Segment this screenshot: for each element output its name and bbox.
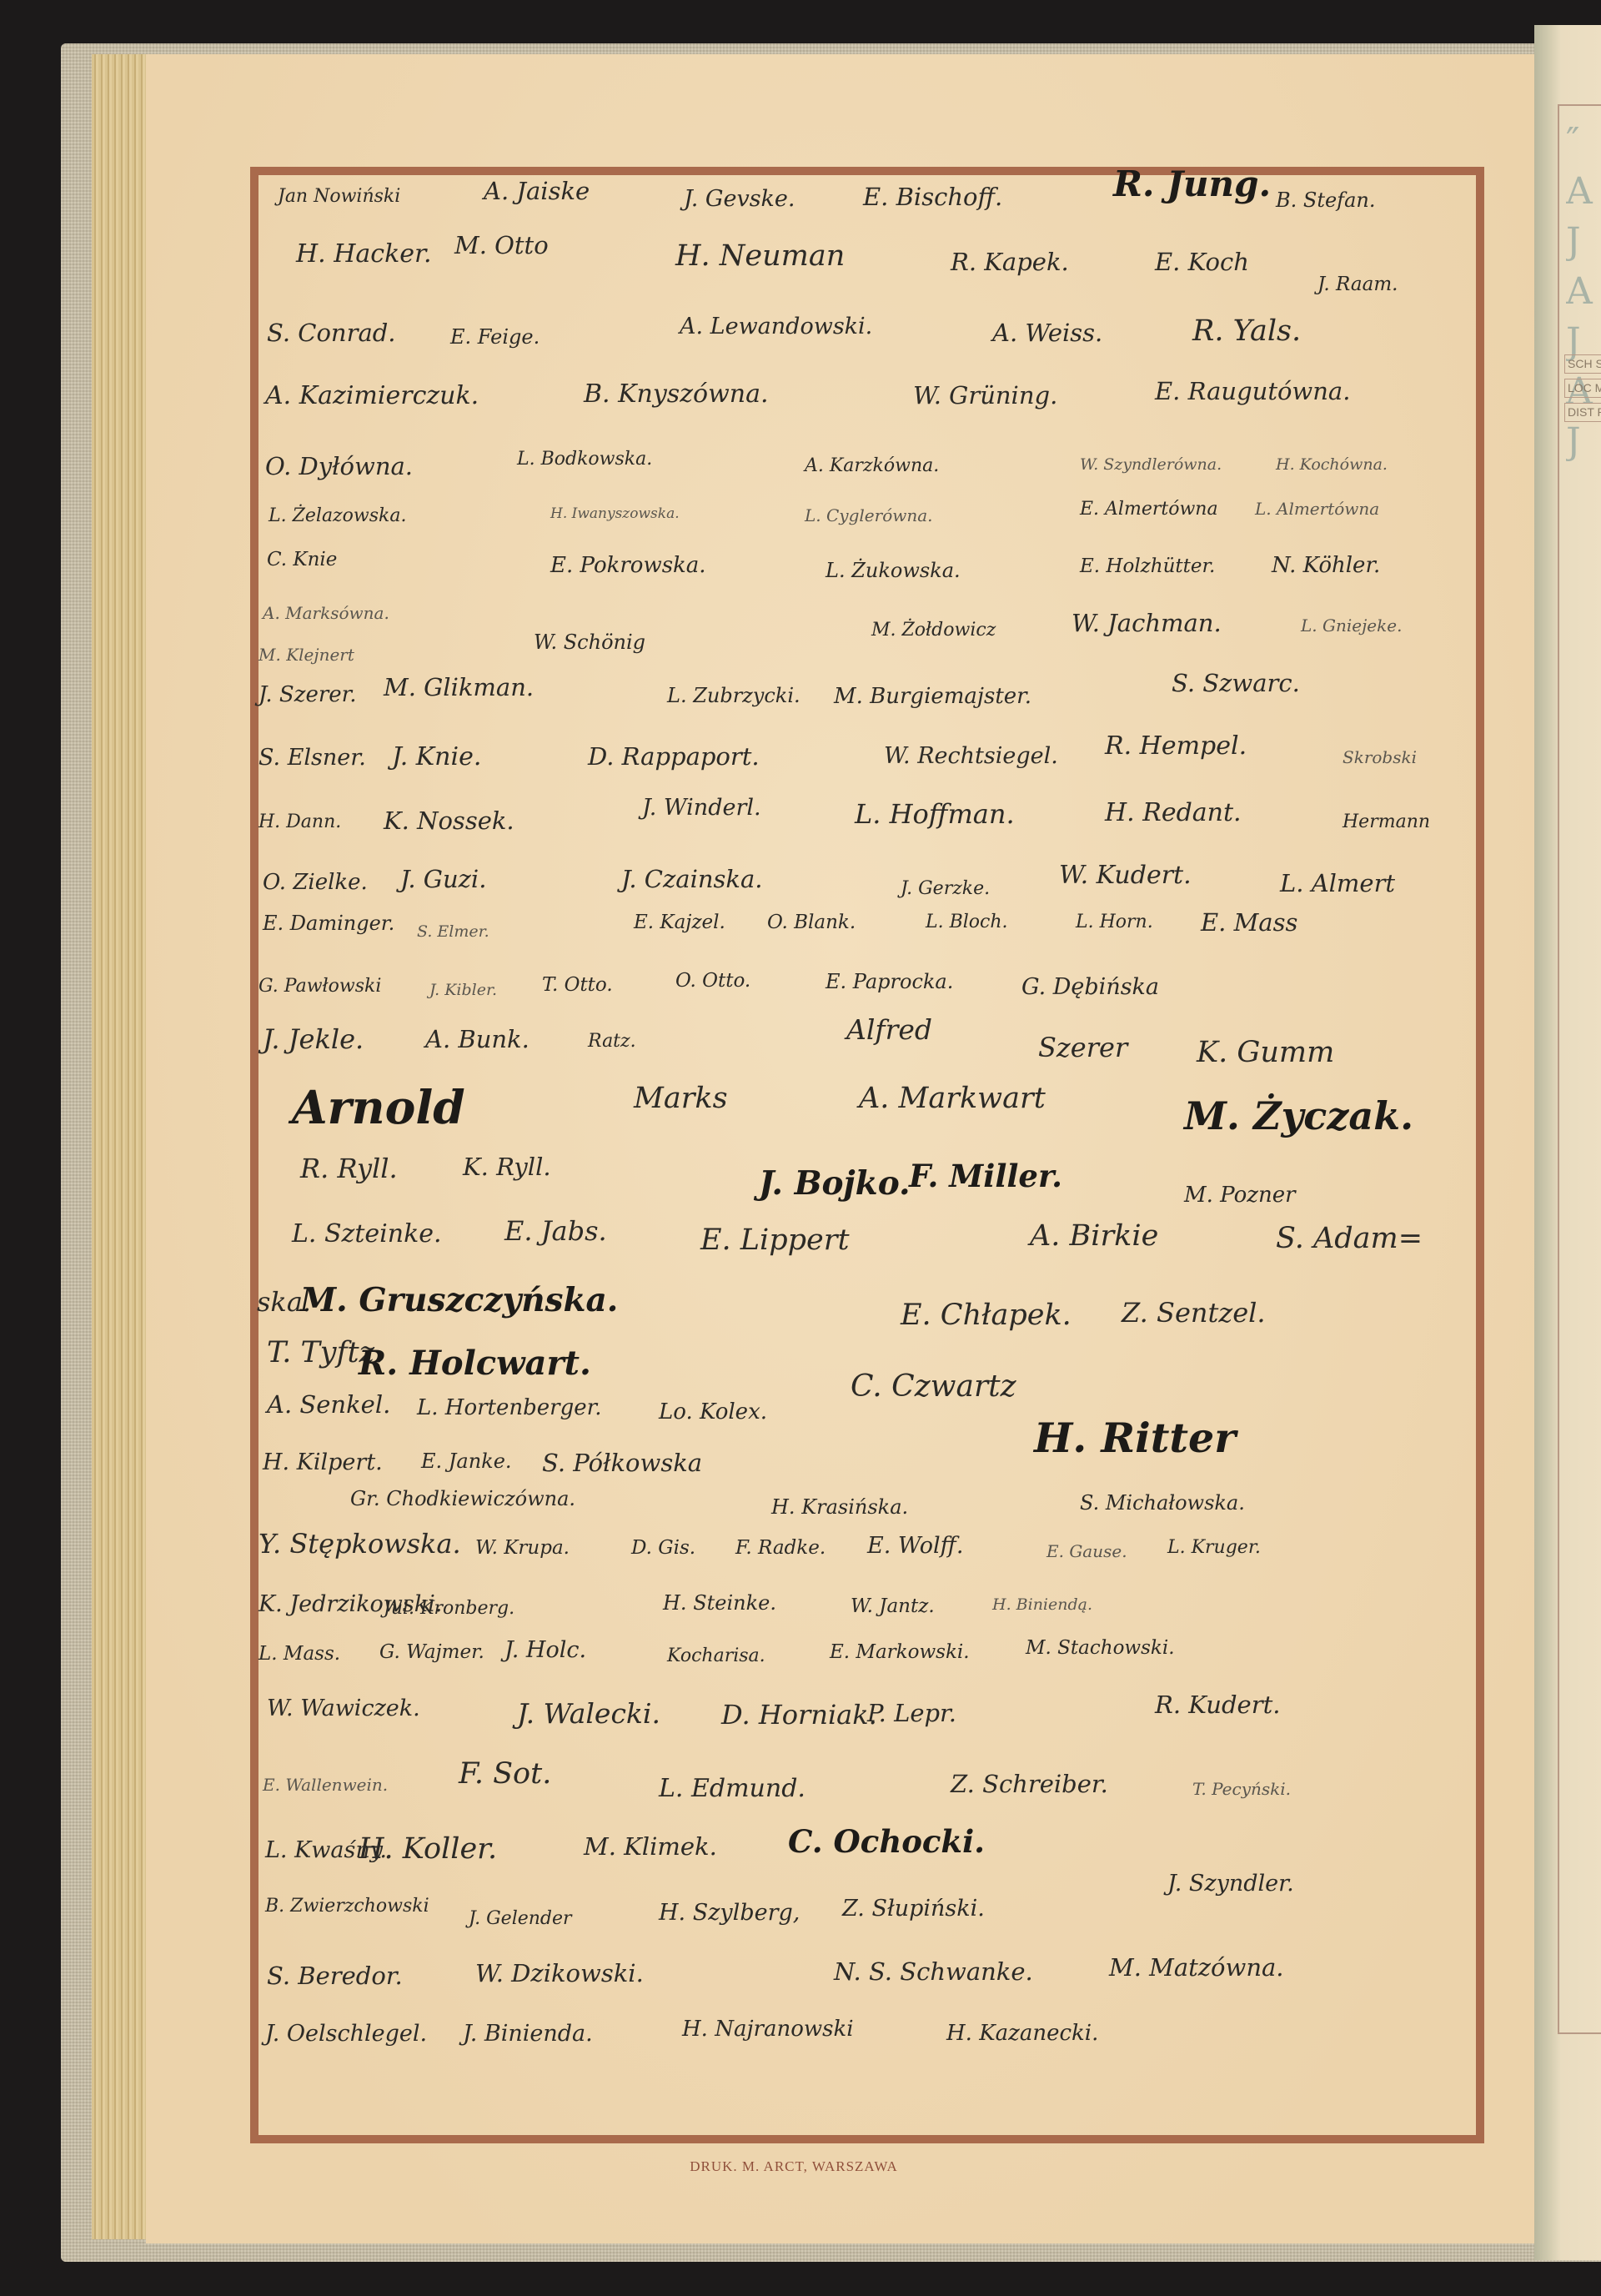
signature: J. Holc.	[504, 1639, 586, 1661]
signature: H. Kilpert.	[263, 1451, 383, 1474]
signature: J. Walecki.	[517, 1700, 660, 1727]
signature: M. Klimek.	[584, 1835, 717, 1859]
signature: H. Neuman	[675, 242, 845, 271]
signature: E. Paprocka.	[826, 972, 953, 992]
next-page-sleeve: ″ A J A J A J SCH SZK LOC MIE DIST POV	[1534, 25, 1601, 2260]
signature: H. Najranowski	[682, 2018, 854, 2040]
signature: F. Radke.	[735, 1539, 826, 1558]
signature: J. Bojko.	[759, 1168, 911, 1200]
signature: E. Gause.	[1046, 1543, 1127, 1560]
signature: Kocharisa.	[667, 1647, 765, 1665]
signature: M. Matzówna.	[1109, 1956, 1284, 1980]
signature: F. Sot.	[459, 1760, 551, 1789]
signature: A. Karzkówna.	[805, 457, 939, 475]
signature: E. Feige.	[450, 327, 540, 347]
signature: O. Otto.	[675, 972, 750, 991]
signature: D. Rappaport.	[588, 745, 760, 769]
signature: H. Redant.	[1105, 801, 1242, 826]
signature: R. Hempel.	[1105, 734, 1247, 759]
signature: C. Czwartz	[851, 1372, 1016, 1402]
signature: R. Yals.	[1192, 317, 1301, 346]
signature: N. S. Schwanke.	[834, 1960, 1033, 1984]
signature: C. Knie	[267, 550, 337, 570]
signature: M. Otto	[454, 234, 549, 258]
signature: J. Kibler.	[429, 982, 497, 998]
signature: W. Grüning.	[913, 384, 1057, 408]
signature: Jul. Kronberg.	[384, 1600, 514, 1618]
signature: H. Iwanyszowska.	[550, 507, 680, 521]
signature: J. Szyndler.	[1167, 1872, 1294, 1895]
signature: R. Kapek.	[951, 250, 1069, 274]
signature: J. Gelender	[469, 1910, 572, 1928]
signature: S. Conrad.	[267, 321, 396, 345]
next-page-label: SCH SZK	[1564, 354, 1601, 374]
signature: L. Bodkowska.	[517, 450, 652, 469]
signature: A. Birkie	[1030, 1222, 1158, 1251]
signature: M. Klejnert	[258, 646, 354, 663]
signature: S. Michałowska.	[1080, 1493, 1245, 1513]
next-page-label: DIST POV	[1564, 403, 1601, 422]
signature: L. Edmund.	[659, 1776, 806, 1801]
signature: E. Koch	[1155, 250, 1249, 274]
signature: J. Raam.	[1317, 275, 1398, 294]
signature: S. Elsner.	[258, 746, 366, 769]
signature: H. Kazanecki.	[946, 2022, 1098, 2044]
signature: O. Blank.	[767, 913, 856, 932]
signature: D. Horniak.	[721, 1701, 877, 1728]
signature: E. Jabs.	[504, 1218, 607, 1244]
signature: Ratz.	[588, 1032, 636, 1051]
signature: E. Pokrowska.	[550, 555, 706, 576]
signature: J. Szerer.	[258, 684, 356, 706]
signature: Jan Nowiński	[278, 188, 400, 206]
signature: Szerer	[1038, 1034, 1127, 1061]
signature: J. Czainska.	[621, 867, 762, 892]
signature: G. Dębińska	[1021, 976, 1159, 998]
printer-imprint-text: DRUK. M. ARCT, WARSZAWA	[690, 2158, 898, 2175]
signature: S. Półkowska	[542, 1451, 702, 1475]
signature: J. Winderl.	[642, 796, 761, 819]
signature: T. Otto.	[542, 976, 613, 995]
signature: M. Życzak.	[1184, 1097, 1413, 1135]
signature: M. Żołdowicz	[871, 621, 996, 640]
signature: S. Adam=	[1276, 1224, 1423, 1254]
signature: H. Hacker.	[296, 242, 432, 267]
signature: L. Szteinke.	[292, 1222, 442, 1247]
signature: K. Ryll.	[463, 1155, 551, 1179]
signature: O. Dyłówna.	[265, 455, 413, 479]
signature: Skrobski	[1343, 749, 1417, 766]
page-edges	[92, 54, 148, 2239]
signature: E. Daminger.	[263, 913, 394, 933]
signature: O. Zielke.	[263, 872, 368, 893]
signature: E. Lippert	[700, 1226, 850, 1255]
signature: E. Chłapek.	[901, 1301, 1072, 1330]
signature: Marks	[634, 1084, 728, 1113]
signature: B. Knyszówna.	[584, 382, 768, 407]
signature: W. Jachman.	[1072, 611, 1222, 636]
signature: L. Hoffman.	[855, 801, 1015, 827]
signature: L. Horn.	[1076, 913, 1153, 932]
signature: E. Wallenwein.	[263, 1776, 388, 1793]
signature: S. Szwarc.	[1172, 671, 1300, 696]
signature: E. Holzhütter.	[1080, 557, 1215, 576]
signature: W. Wawiczek.	[267, 1697, 420, 1720]
signature: B. Zwierzchowski	[265, 1897, 429, 1916]
signature: H. Dann.	[258, 813, 341, 831]
signature: Alfred	[846, 1016, 932, 1043]
signature: L. Almert	[1280, 872, 1395, 896]
signature: J. Jekle.	[263, 1026, 364, 1053]
signature: A. Markwart	[859, 1084, 1046, 1113]
signature: E. Raugutówna.	[1155, 379, 1350, 404]
signature: J. Binienda.	[463, 2022, 593, 2045]
signature: G. Pawłowski	[258, 977, 381, 996]
signature: Z. Schreiber.	[951, 1772, 1108, 1796]
printer-imprint: DRUK. M. ARCT, WARSZAWA	[0, 2158, 1601, 2175]
signature: M. Burgiemajster.	[834, 686, 1031, 707]
signature: B. Stefan.	[1276, 190, 1375, 210]
signature: E. Janke.	[421, 1451, 512, 1471]
signature: Gr. Chodkiewiczówna.	[350, 1489, 575, 1509]
signature: A. Jaiske	[484, 179, 590, 203]
signature: M. Pozner	[1184, 1184, 1296, 1206]
signature: N. Köhler.	[1272, 555, 1380, 576]
signature: S. Beredor.	[267, 1964, 403, 1988]
signature: M. Stachowski.	[1026, 1639, 1175, 1658]
signature: R. Ryll.	[300, 1155, 398, 1182]
signature: H. Koller.	[359, 1835, 497, 1864]
signature: H. Kochówna.	[1276, 457, 1388, 473]
signature: P. Lepr.	[867, 1701, 956, 1726]
signature: A. Weiss.	[992, 321, 1102, 345]
signature: W. Jantz.	[851, 1597, 935, 1616]
signature: R. Kudert.	[1155, 1693, 1280, 1717]
signature: W. Rechtsiegel.	[884, 745, 1058, 767]
signature: W. Dzikowski.	[475, 1962, 644, 1986]
next-page-label: LOC MIE	[1564, 379, 1601, 398]
signature: Z. Sentzel.	[1122, 1299, 1266, 1326]
signature: J. Knie.	[392, 745, 481, 770]
signature: L. Gniejeke.	[1301, 617, 1402, 634]
signature: W. Krupa.	[475, 1539, 570, 1558]
signature: M. Glikman.	[384, 676, 534, 700]
signature: H. Krasińska.	[771, 1497, 908, 1517]
signature: J. Gevske.	[684, 188, 795, 210]
signature: E. Almertówna	[1080, 500, 1218, 519]
signature: L. Cyglerówna.	[805, 507, 933, 524]
signature: E. Mass	[1201, 911, 1297, 935]
signature: W. Szyndlerówna.	[1080, 457, 1222, 473]
signature: J. Guzi.	[400, 867, 486, 892]
signature: Lo. Kolex.	[659, 1401, 767, 1423]
signature: R. Holcwart.	[359, 1347, 591, 1380]
signature: W. Schönig	[534, 632, 645, 652]
signature: H. Ritter	[1034, 1418, 1236, 1459]
signature: C. Ochocki.	[788, 1826, 985, 1857]
signature: H. Steinke.	[663, 1593, 776, 1613]
signature: L. Bloch.	[926, 913, 1008, 932]
signature: L. Mass.	[258, 1645, 340, 1664]
signature: Hermann	[1343, 813, 1430, 831]
signature: A. Kazimierczuk.	[265, 384, 479, 409]
signature: A. Senkel.	[267, 1393, 390, 1417]
signature: M. Gruszczyńska.	[300, 1284, 618, 1317]
signature: J. Gerzke.	[901, 880, 990, 898]
signature: H. Biniendą.	[992, 1597, 1092, 1613]
signature: L. Kruger.	[1167, 1539, 1261, 1557]
signature: Y. Stępkowska.	[258, 1530, 461, 1557]
signature: A. Bunk.	[425, 1027, 529, 1052]
signature: L. Almertówna	[1255, 500, 1379, 517]
signature: A. Marksówna.	[263, 605, 389, 621]
signature: Z. Słupiński.	[842, 1897, 985, 1920]
signature: A. Lewandowski.	[680, 315, 872, 338]
signature: L. Żukowska.	[826, 560, 961, 580]
signature: K. Nossek.	[384, 809, 514, 833]
signature: E. Wolff.	[867, 1535, 963, 1557]
next-page-labels: SCH SZK LOC MIE DIST POV	[1564, 354, 1601, 427]
signature: R. Jung.	[1113, 167, 1271, 202]
signature: W. Kudert.	[1059, 863, 1192, 888]
signature: E. Kajzel.	[634, 913, 725, 932]
signature: E. Markowski.	[830, 1643, 970, 1662]
signature: Arnold	[292, 1084, 465, 1130]
signature: K. Gumm	[1197, 1038, 1334, 1068]
signature: D. Gis.	[631, 1539, 695, 1558]
signature: S. Elmer.	[417, 924, 489, 940]
signature: L. Hortenberger.	[417, 1397, 601, 1419]
signature: T. Pecyński.	[1192, 1781, 1291, 1797]
signature: E. Bischoff.	[863, 185, 1002, 209]
signature: F. Miller.	[909, 1161, 1062, 1192]
signature: G. Wajmer.	[379, 1643, 484, 1662]
signature: L. Zubrzycki.	[667, 686, 800, 706]
signature: H. Szylberg,	[659, 1902, 800, 1924]
signature: J. Oelschlegel.	[265, 2022, 427, 2045]
signature: L. Żelazowska.	[269, 507, 406, 525]
